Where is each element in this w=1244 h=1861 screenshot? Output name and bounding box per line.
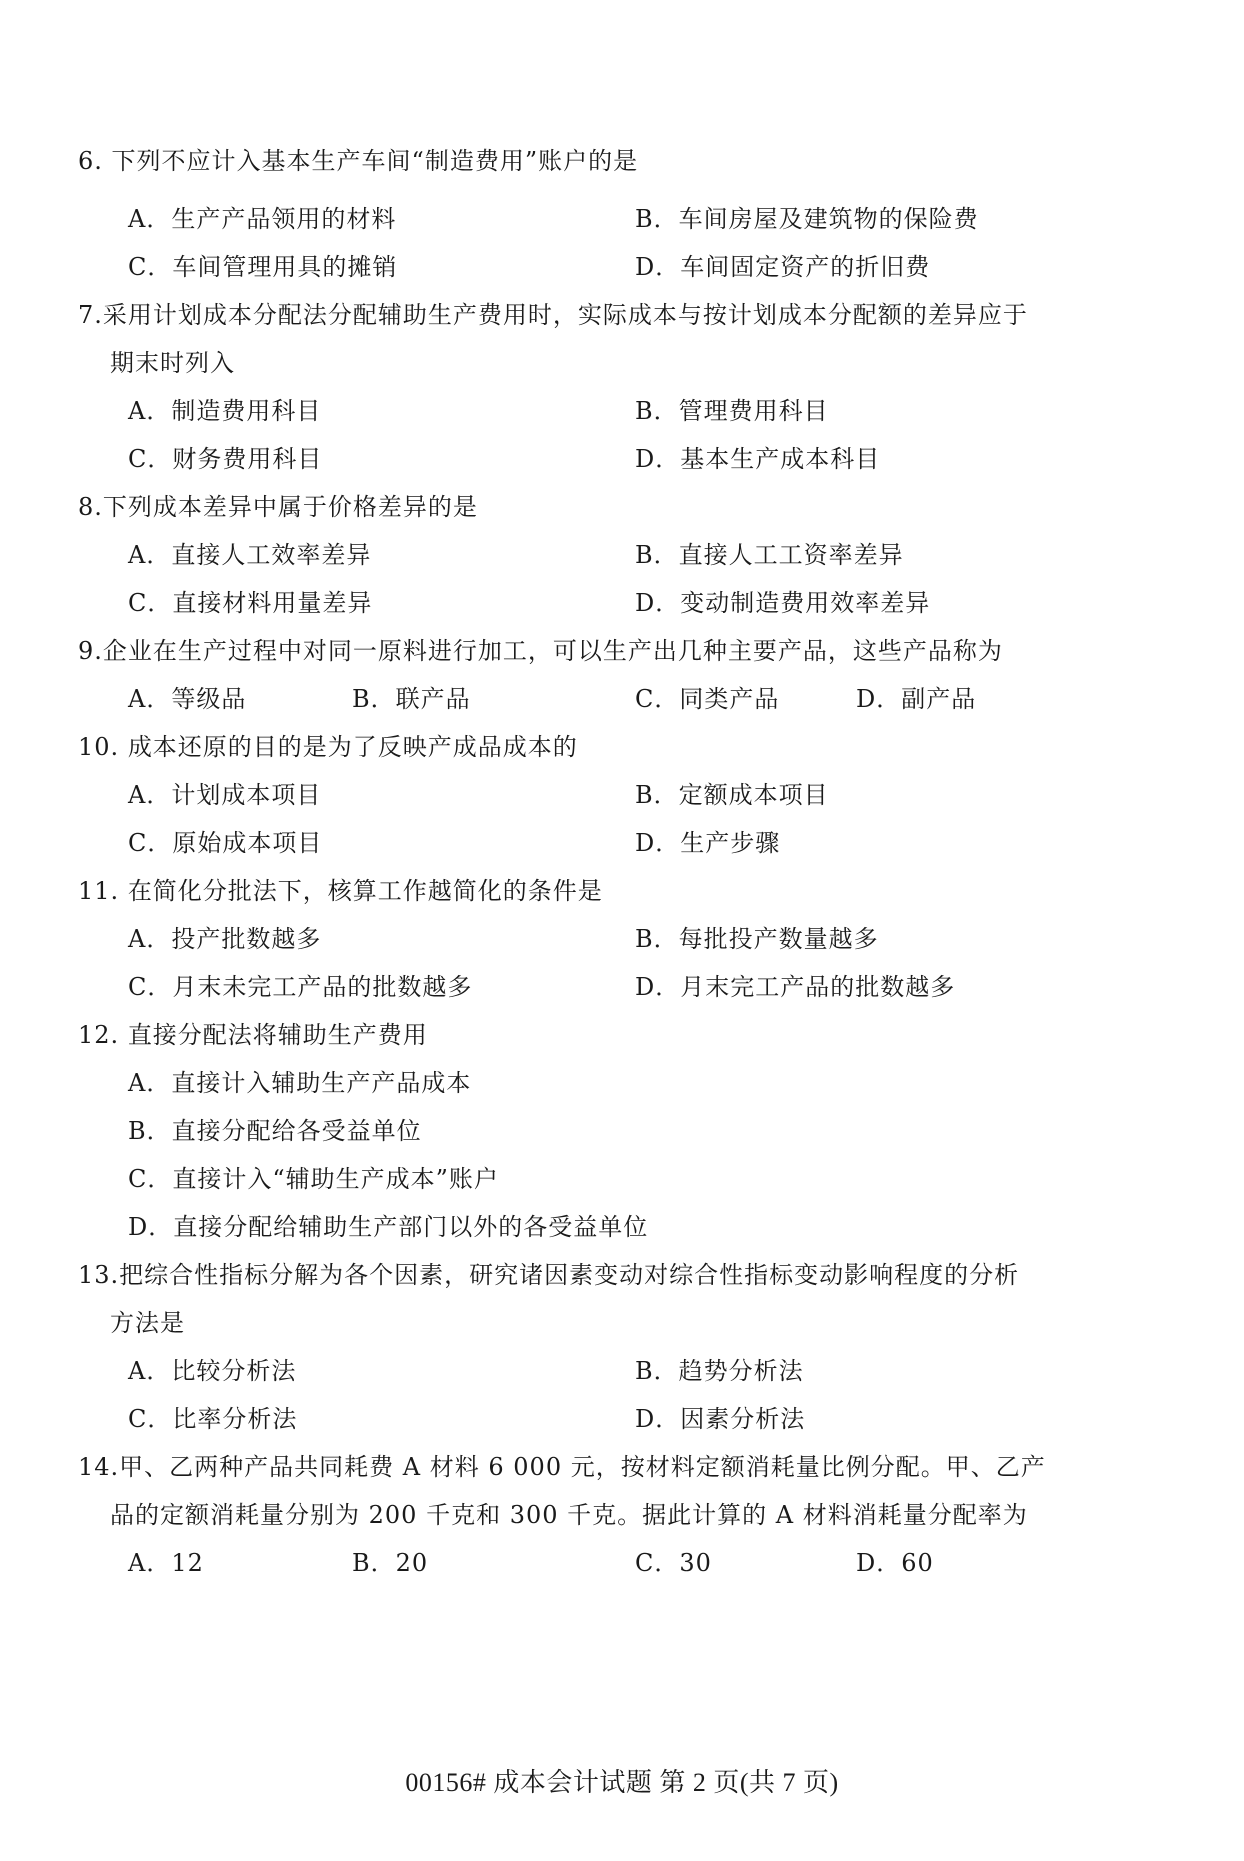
question-8-stem: 8.下列成本差异中属于价格差异的是 [78,492,478,522]
q8-option-d: D．变动制造费用效率差异 [635,588,930,618]
question-11-stem: 11. 在简化分批法下，核算工作越简化的条件是 [78,876,603,906]
question-7-stem-cont: 期末时列入 [110,348,235,378]
q13-option-d: D．因素分析法 [635,1404,805,1434]
q8-option-a: A．直接人工效率差异 [128,540,371,570]
q14-option-a: A．12 [128,1548,204,1578]
q8-option-c: C．直接材料用量差异 [128,588,372,618]
q7-option-d: D．基本生产成本科目 [635,444,880,474]
question-13-stem-cont: 方法是 [110,1308,185,1338]
q6-option-d: D．车间固定资产的折旧费 [635,252,930,282]
q7-option-c: C．财务费用科目 [128,444,322,474]
q13-option-c: C．比率分析法 [128,1404,297,1434]
q11-option-d: D．月末完工产品的批数越多 [635,972,955,1002]
question-7-stem: 7.采用计划成本分配法分配辅助生产费用时，实际成本与按计划成本分配额的差异应于 [78,300,1028,330]
q10-option-c: C．原始成本项目 [128,828,322,858]
question-9-stem: 9.企业在生产过程中对同一原料进行加工，可以生产出几种主要产品，这些产品称为 [78,636,1003,666]
q13-option-b: B．趋势分析法 [635,1356,804,1386]
q12-option-c: C．直接计入“辅助生产成本”账户 [128,1164,499,1194]
q8-option-b: B．直接人工工资率差异 [635,540,904,570]
q6-option-c: C．车间管理用具的摊销 [128,252,397,282]
page-footer: 00156# 成本会计试题 第 2 页(共 7 页) [0,1762,1244,1799]
q10-option-d: D．生产步骤 [635,828,780,858]
q10-option-b: B．定额成本项目 [635,780,829,810]
q9-option-d: D．副产品 [856,684,976,714]
q11-option-a: A．投产批数越多 [128,924,321,954]
q9-option-c: C．同类产品 [635,684,779,714]
question-13-stem: 13.把综合性指标分解为各个因素，研究诸因素变动对综合性指标变动影响程度的分析 [78,1260,1019,1290]
q7-option-a: A．制造费用科目 [128,396,321,426]
question-6-stem: 6. 下列不应计入基本生产车间“制造费用”账户的是 [78,146,638,176]
q14-option-d: D．60 [856,1548,934,1578]
q10-option-a: A．计划成本项目 [128,780,321,810]
q11-option-b: B．每批投产数量越多 [635,924,879,954]
question-14-stem: 14.甲、乙两种产品共同耗费 A 材料 6 000 元，按材料定额消耗量比例分配… [78,1452,1046,1482]
q9-option-a: A．等级品 [128,684,246,714]
q12-option-d: D．直接分配给辅助生产部门以外的各受益单位 [128,1212,648,1242]
question-12-stem: 12. 直接分配法将辅助生产费用 [78,1020,428,1050]
question-14-stem-cont: 品的定额消耗量分别为 200 千克和 300 千克。据此计算的 A 材料消耗量分… [110,1500,1028,1530]
q6-option-b: B．车间房屋及建筑物的保险费 [635,204,979,234]
q13-option-a: A．比较分析法 [128,1356,296,1386]
q9-option-b: B．联产品 [352,684,471,714]
q7-option-b: B．管理费用科目 [635,396,829,426]
q11-option-c: C．月末未完工产品的批数越多 [128,972,472,1002]
question-10-stem: 10. 成本还原的目的是为了反映产成品成本的 [78,732,578,762]
q14-option-c: C．30 [635,1548,712,1578]
q12-option-b: B．直接分配给各受益单位 [128,1116,422,1146]
q14-option-b: B．20 [352,1548,428,1578]
q12-option-a: A．直接计入辅助生产产品成本 [128,1068,471,1098]
q6-option-a: A．生产产品领用的材料 [128,204,396,234]
